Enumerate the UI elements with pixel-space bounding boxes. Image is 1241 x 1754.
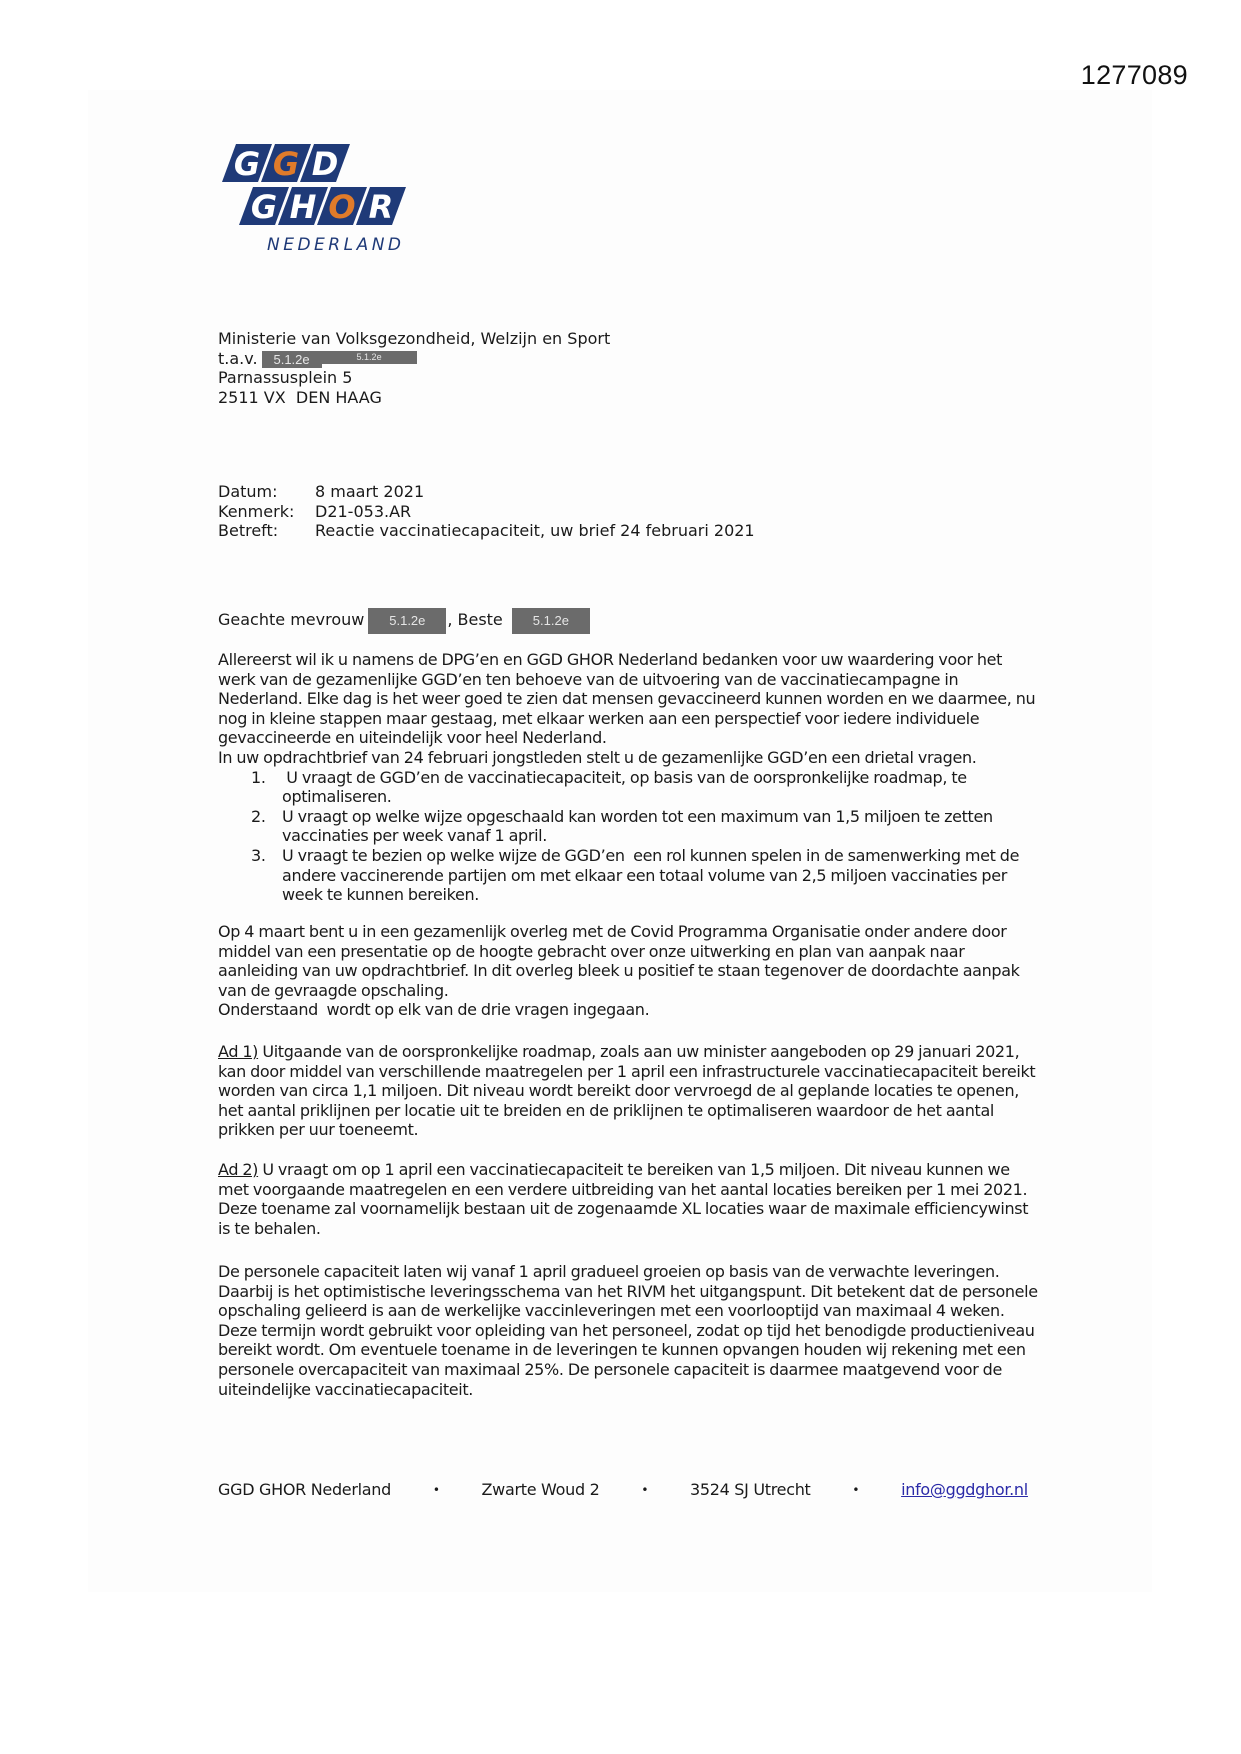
svg-text:O: O xyxy=(328,188,355,226)
footer-city: 3524 SJ Utrecht xyxy=(690,1480,811,1500)
meta-subject: Betreft: Reactie vaccinatiecapaciteit, u… xyxy=(218,521,755,541)
meta-reference: Kenmerk: D21-053.AR xyxy=(218,502,755,522)
footer-street: Zwarte Woud 2 xyxy=(482,1480,600,1500)
svg-text:G: G xyxy=(234,145,260,183)
redaction-block: 5.1.2e xyxy=(512,608,590,634)
footer-separator: • xyxy=(852,1480,859,1500)
logo-row-2: G H O R xyxy=(239,187,406,226)
address-line-ministry: Ministerie van Volksgezondheid, Welzijn … xyxy=(218,329,610,349)
footer-email-link[interactable]: info@ggdghor.nl xyxy=(901,1480,1028,1500)
address-line-street: Parnassusplein 5 xyxy=(218,368,610,388)
ggd-ghor-logo: G G D G H O R NEDERLAND xyxy=(222,144,422,259)
answer-2-paragraph: Ad 2) U vraagt om op 1 april een vaccina… xyxy=(218,1160,1038,1238)
svg-text:H: H xyxy=(290,188,317,226)
letter-meta: Datum: 8 maart 2021 Kenmerk: D21-053.AR … xyxy=(218,482,755,541)
document-number: 1277089 xyxy=(1081,60,1188,91)
footer-org: GGD GHOR Nederland xyxy=(218,1480,391,1500)
address-line-tav: t.a.v.5.1.2e5.1.2e xyxy=(218,349,610,369)
svg-text:G: G xyxy=(251,188,277,226)
svg-text:D: D xyxy=(312,145,339,183)
logo-row-1: G G D xyxy=(222,144,350,183)
address-line-city: 2511 VX DEN HAAG xyxy=(218,388,610,408)
intro-paragraph: Allereerst wil ik u namens de DPG’en en … xyxy=(218,650,1038,905)
footer-separator: • xyxy=(641,1480,648,1500)
redaction-block: 5.1.2e xyxy=(368,608,446,634)
recipient-address: Ministerie van Volksgezondheid, Welzijn … xyxy=(218,329,610,407)
answer-1-label: Ad 1) xyxy=(218,1042,258,1061)
list-item: 3.U vraagt te bezien op welke wijze de G… xyxy=(218,846,1038,905)
salutation: Geachte mevrouw5.1.2e, Beste 5.1.2e xyxy=(218,607,591,634)
letter-footer: GGD GHOR Nederland • Zwarte Woud 2 • 352… xyxy=(218,1480,1028,1500)
questions-list: 1. U vraagt de GGD’en de vaccinatiecapac… xyxy=(218,768,1038,905)
meta-date: Datum: 8 maart 2021 xyxy=(218,482,755,502)
logo-subtitle: NEDERLAND xyxy=(267,235,405,255)
answer-2-label: Ad 2) xyxy=(218,1160,258,1179)
redaction-block: 5.1.2e xyxy=(322,351,417,364)
svg-text:R: R xyxy=(369,188,394,226)
list-item: 2.U vraagt op welke wijze opgeschaald ka… xyxy=(218,807,1038,846)
staff-capacity-paragraph: De personele capaciteit laten wij vanaf … xyxy=(218,1262,1038,1399)
svg-text:G: G xyxy=(273,145,299,183)
list-item: 1. U vraagt de GGD’en de vaccinatiecapac… xyxy=(218,768,1038,807)
meeting-paragraph: Op 4 maart bent u in een gezamenlijk ove… xyxy=(218,922,1038,1020)
footer-separator: • xyxy=(433,1480,440,1500)
answer-1-paragraph: Ad 1) Uitgaande van de oorspronkelijke r… xyxy=(218,1042,1038,1140)
redaction-block: 5.1.2e xyxy=(262,351,322,368)
